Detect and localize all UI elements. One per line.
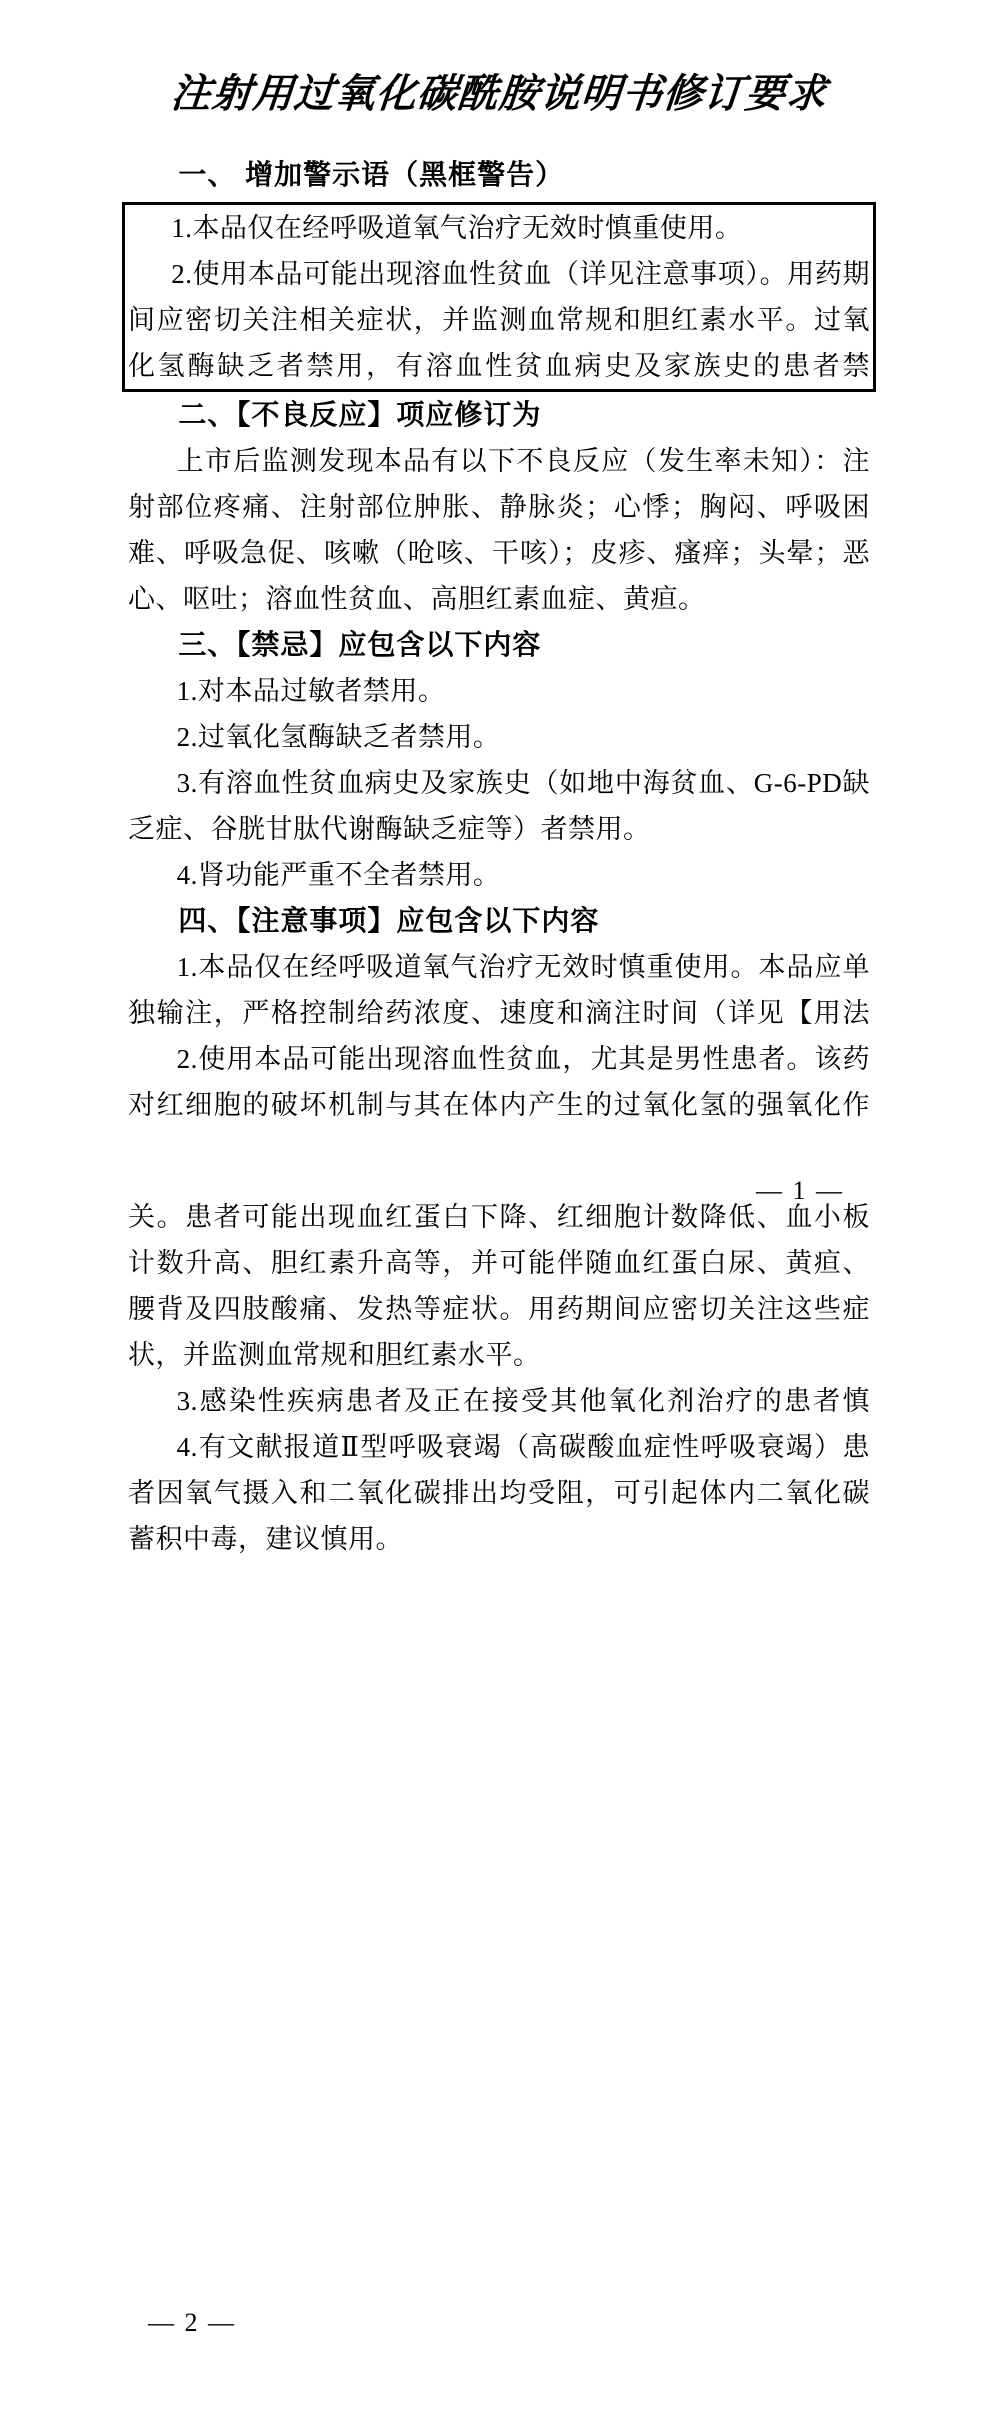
black-box-warning: 1.本品仅在经呼吸道氧气治疗无效时慎重使用。 2.使用本品可能出现溶血性贫血（详… xyxy=(122,202,876,392)
precaution-item-3: 3.感染性疾病患者及正在接受其他氧化剂治疗的患者慎用。 xyxy=(128,1378,870,1424)
adverse-reactions-paragraph: 上市后监测发现本品有以下不良反应（发生率未知）：注射部位疼痛、注射部位肿胀、静脉… xyxy=(128,438,870,622)
section-2-heading: 二、【不良反应】项应修订为 xyxy=(128,392,870,438)
contraindication-item-3: 3.有溶血性贫血病史及家族史（如地中海贫血、G-6-PD缺乏症、谷胱甘肽代谢酶缺… xyxy=(128,760,870,852)
precaution-item-2-part2: 关。患者可能出现血红蛋白下降、红细胞计数降低、血小板计数升高、胆红素升高等，并可… xyxy=(128,1194,870,1378)
page-1-footer: — 1 — xyxy=(740,1176,860,1206)
section-1-heading: 一、 增加警示语（黑框警告） xyxy=(128,152,870,198)
section-3-heading: 三、【禁忌】应包含以下内容 xyxy=(128,622,870,668)
section-4-heading: 四、【注意事项】应包含以下内容 xyxy=(128,898,870,944)
document-page: 注射用过氧化碳酰胺说明书修订要求 一、 增加警示语（黑框警告） 1.本品仅在经呼… xyxy=(0,0,992,2420)
precaution-item-1: 1.本品仅在经呼吸道氧气治疗无效时慎重使用。本品应单独输注，严格控制给药浓度、速… xyxy=(128,944,870,1036)
warning-item-1: 1.本品仅在经呼吸道氧气治疗无效时慎重使用。 xyxy=(128,205,870,251)
page-content: 注射用过氧化碳酰胺说明书修订要求 一、 增加警示语（黑框警告） 1.本品仅在经呼… xyxy=(128,0,870,1562)
precaution-item-2-part1: 2.使用本品可能出现溶血性贫血，尤其是男性患者。该药对红细胞的破坏机制与其在体内… xyxy=(128,1036,870,1128)
document-title: 注射用过氧化碳酰胺说明书修订要求 xyxy=(125,64,872,124)
page-2-footer: — 2 — xyxy=(132,2308,252,2338)
contraindication-item-2: 2.过氧化氢酶缺乏者禁用。 xyxy=(128,714,870,760)
contraindication-item-1: 1.对本品过敏者禁用。 xyxy=(128,668,870,714)
warning-item-2: 2.使用本品可能出现溶血性贫血（详见注意事项）。用药期间应密切关注相关症状，并监… xyxy=(128,251,870,389)
contraindication-item-4: 4.肾功能严重不全者禁用。 xyxy=(128,852,870,898)
precaution-item-4: 4.有文献报道Ⅱ型呼吸衰竭（高碳酸血症性呼吸衰竭）患者因氧气摄入和二氧化碳排出均… xyxy=(128,1424,870,1562)
